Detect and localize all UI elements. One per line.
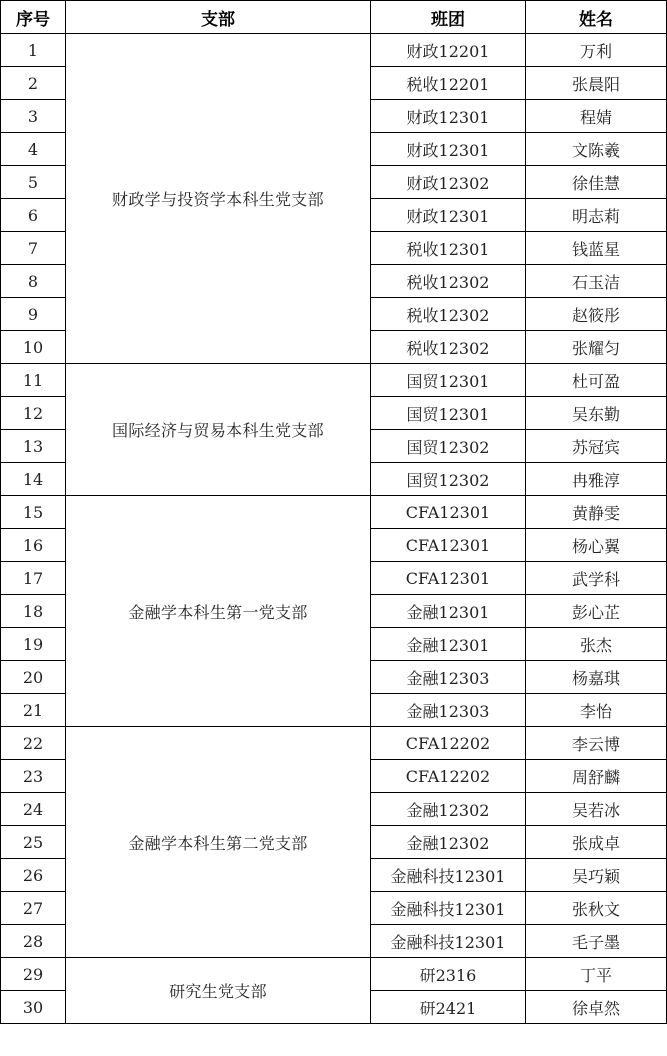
cell-name: 张成卓 [526,826,667,859]
cell-no: 25 [1,826,66,859]
header-name: 姓名 [526,1,667,34]
cell-name: 钱蓝星 [526,232,667,265]
cell-no: 5 [1,166,66,199]
cell-branch: 金融学本科生第一党支部 [66,496,371,727]
cell-name: 杜可盈 [526,364,667,397]
cell-class: 财政12301 [371,199,526,232]
cell-no: 19 [1,628,66,661]
cell-name: 张杰 [526,628,667,661]
cell-no: 15 [1,496,66,529]
cell-branch: 财政学与投资学本科生党支部 [66,34,371,364]
cell-name: 杨心翼 [526,529,667,562]
table-row: 1财政学与投资学本科生党支部财政12201万利 [1,34,667,67]
cell-no: 10 [1,331,66,364]
cell-class: 国贸12302 [371,463,526,496]
cell-no: 2 [1,67,66,100]
cell-class: 税收12301 [371,232,526,265]
cell-name: 吴东勤 [526,397,667,430]
cell-no: 13 [1,430,66,463]
header-row: 序号 支部 班团 姓名 [1,1,667,34]
cell-class: 金融12302 [371,793,526,826]
cell-class: CFA12301 [371,496,526,529]
table-row: 29研究生党支部研2316丁平 [1,958,667,991]
cell-class: CFA12202 [371,760,526,793]
cell-name: 武学科 [526,562,667,595]
cell-no: 23 [1,760,66,793]
cell-class: 研2316 [371,958,526,991]
cell-branch: 国际经济与贸易本科生党支部 [66,364,371,496]
cell-no: 24 [1,793,66,826]
cell-class: 金融12302 [371,826,526,859]
cell-class: 税收12201 [371,67,526,100]
table-row: 22金融学本科生第二党支部CFA12202李云博 [1,727,667,760]
header-no: 序号 [1,1,66,34]
cell-name: 李云博 [526,727,667,760]
cell-class: CFA12202 [371,727,526,760]
cell-name: 吴若冰 [526,793,667,826]
cell-class: 金融12301 [371,595,526,628]
cell-class: 税收12302 [371,298,526,331]
cell-class: 税收12302 [371,265,526,298]
cell-no: 20 [1,661,66,694]
cell-class: 财政12302 [371,166,526,199]
cell-name: 文陈羲 [526,133,667,166]
cell-no: 12 [1,397,66,430]
cell-name: 石玉洁 [526,265,667,298]
cell-no: 1 [1,34,66,67]
cell-class: 财政12201 [371,34,526,67]
cell-branch: 金融学本科生第二党支部 [66,727,371,958]
cell-class: 国贸12302 [371,430,526,463]
cell-class: 研2421 [371,991,526,1024]
cell-class: 金融12303 [371,694,526,727]
cell-name: 彭心芷 [526,595,667,628]
cell-name: 苏冠宾 [526,430,667,463]
header-branch: 支部 [66,1,371,34]
cell-name: 张耀匀 [526,331,667,364]
cell-class: 金融12301 [371,628,526,661]
cell-name: 程婧 [526,100,667,133]
cell-name: 杨嘉琪 [526,661,667,694]
cell-no: 14 [1,463,66,496]
cell-no: 22 [1,727,66,760]
cell-name: 张秋文 [526,892,667,925]
cell-name: 徐卓然 [526,991,667,1024]
cell-name: 丁平 [526,958,667,991]
cell-class: CFA12301 [371,562,526,595]
cell-name: 万利 [526,34,667,67]
cell-name: 明志莉 [526,199,667,232]
cell-no: 8 [1,265,66,298]
cell-no: 28 [1,925,66,958]
cell-name: 冉雅淳 [526,463,667,496]
cell-name: 黄静雯 [526,496,667,529]
header-class: 班团 [371,1,526,34]
cell-no: 21 [1,694,66,727]
cell-class: 财政12301 [371,133,526,166]
cell-class: 财政12301 [371,100,526,133]
cell-no: 11 [1,364,66,397]
cell-name: 张晨阳 [526,67,667,100]
member-roster-table: 序号 支部 班团 姓名 1财政学与投资学本科生党支部财政12201万利2税收12… [0,0,667,1024]
cell-branch: 研究生党支部 [66,958,371,1024]
table-row: 15金融学本科生第一党支部CFA12301黄静雯 [1,496,667,529]
cell-name: 周舒麟 [526,760,667,793]
cell-class: 金融12303 [371,661,526,694]
cell-no: 17 [1,562,66,595]
cell-no: 4 [1,133,66,166]
cell-name: 吴巧颖 [526,859,667,892]
cell-name: 赵筱彤 [526,298,667,331]
cell-class: 税收12302 [371,331,526,364]
cell-no: 16 [1,529,66,562]
cell-class: CFA12301 [371,529,526,562]
cell-no: 29 [1,958,66,991]
cell-no: 3 [1,100,66,133]
cell-name: 毛子墨 [526,925,667,958]
cell-no: 9 [1,298,66,331]
cell-no: 18 [1,595,66,628]
cell-class: 国贸12301 [371,364,526,397]
cell-class: 金融科技12301 [371,892,526,925]
cell-no: 6 [1,199,66,232]
cell-class: 国贸12301 [371,397,526,430]
cell-no: 7 [1,232,66,265]
cell-name: 李怡 [526,694,667,727]
table-row: 11国际经济与贸易本科生党支部国贸12301杜可盈 [1,364,667,397]
cell-no: 30 [1,991,66,1024]
roster-body: 1财政学与投资学本科生党支部财政12201万利2税收12201张晨阳3财政123… [1,34,667,1024]
cell-class: 金融科技12301 [371,925,526,958]
cell-no: 27 [1,892,66,925]
cell-name: 徐佳慧 [526,166,667,199]
cell-class: 金融科技12301 [371,859,526,892]
cell-no: 26 [1,859,66,892]
